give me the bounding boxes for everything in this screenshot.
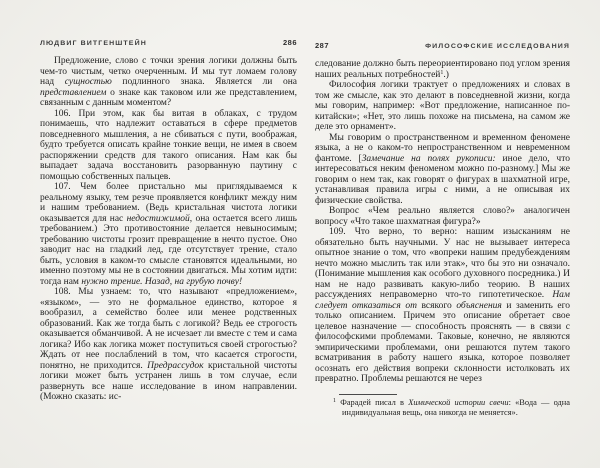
running-title: ФИЛОСОФСКИЕ ИССЛЕДОВАНИЯ [425,44,570,50]
paragraph: 1 Фарадей писал в Химической истории све… [315,398,570,418]
footnote-block: 1 Фарадей писал в Химической истории све… [315,394,570,418]
right-page: 287 ФИЛОСОФСКИЕ ИССЛЕДОВАНИЯ следование … [315,41,570,418]
right-page-header: 287 ФИЛОСОФСКИЕ ИССЛЕДОВАНИЯ [315,41,570,50]
page-number: 286 [283,38,297,47]
paragraph: Философия логики трактует о предложениях… [315,80,570,133]
paragraph: следование должно быть переориентировано… [315,59,570,80]
left-page: ЛЮДВИГ ВИТГЕНШТЕЙН 286 Предложение, слов… [40,38,297,403]
right-page-body: следование должно быть переориентировано… [315,59,570,385]
paragraph: 108. Мы узнаем: то, что называют «предло… [40,287,297,403]
paragraph: Вопрос «Чем реально является слово?» ана… [315,206,570,227]
paragraph: Мы говорим о пространственном и временно… [315,133,570,207]
book-spread: ЛЮДВИГ ВИТГЕНШТЕЙН 286 Предложение, слов… [0,0,600,468]
left-page-header: ЛЮДВИГ ВИТГЕНШТЕЙН 286 [40,38,297,47]
left-page-body: Предложение, слово с точки зрения логики… [40,56,297,403]
paragraph: 109. Что верно, то верно: нашим изыскани… [315,227,570,385]
paragraph: 106. При этом, как бы витая в облаках, с… [40,109,297,183]
footnote-rule [339,394,397,395]
running-title: ЛЮДВИГ ВИТГЕНШТЕЙН [40,41,147,47]
paragraph: 107. Чем более пристально мы приглядывае… [40,182,297,287]
page-number: 287 [315,41,329,50]
paragraph: Предложение, слово с точки зрения логики… [40,56,297,109]
footnote-text: 1 Фарадей писал в Химической истории све… [315,398,570,418]
